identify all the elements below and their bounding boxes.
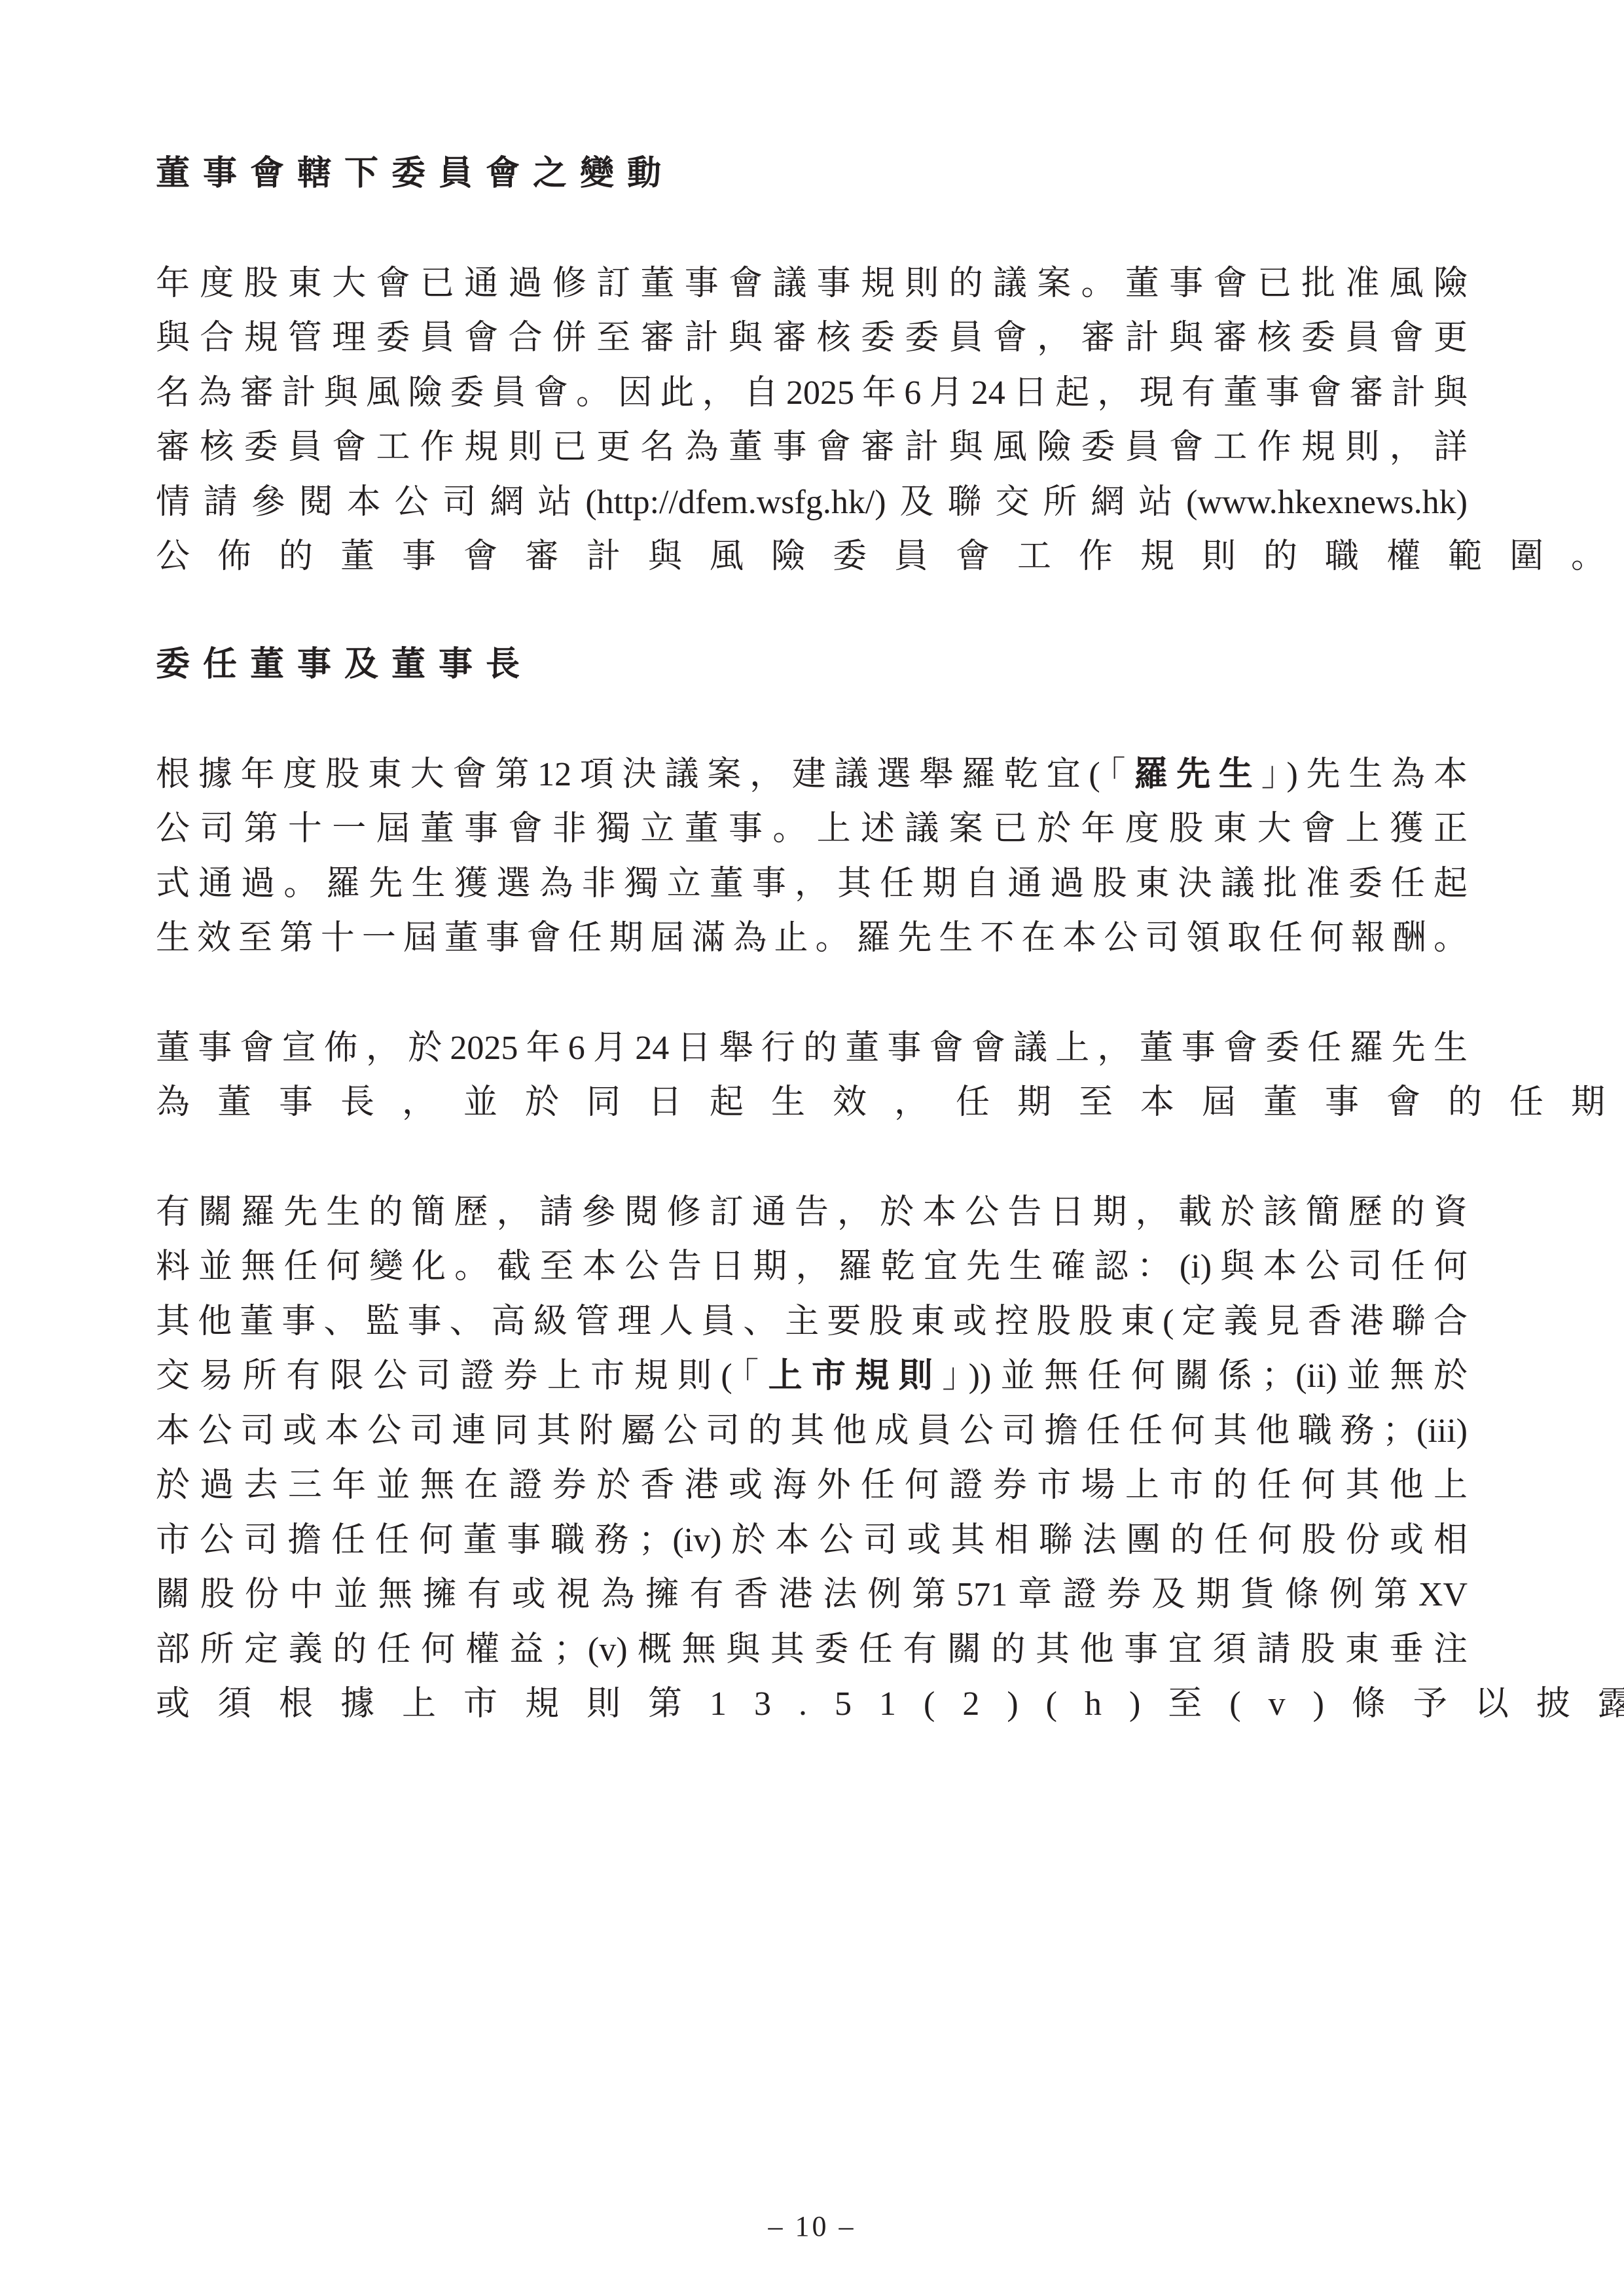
section-heading-committee-changes: 董事會轄下委員會之變動: [156, 147, 674, 202]
paragraph-line: 公司第十一屆董事會非獨立董事。上述議案已於年度股東大會上獲正: [156, 802, 1468, 857]
paragraph-line: 年度股東大會已通過修訂董事會議事規則的議案。董事會已批准風險: [156, 257, 1468, 312]
paragraph-line: 生效至第十一屆董事會任期屆滿為止。羅先生不在本公司領取任何報酬。: [156, 911, 1468, 966]
paragraph-line: 料並無任何變化。截至本公告日期，羅乾宜先生確認：(i)與本公司任何: [156, 1240, 1468, 1295]
defined-term-listing-rules: 上市規則: [768, 1357, 943, 1395]
paragraph-line: 名為審計與風險委員會。因此，自2025年6月24日起，現有董事會審計與: [156, 366, 1468, 421]
paragraph-line: 關股份中並無擁有或視為擁有香港法例第571章證券及期貨條例第XV: [156, 1568, 1468, 1623]
paragraph-line: 式通過。羅先生獲選為非獨立董事，其任期自通過股東決議批准委任起: [156, 857, 1468, 912]
paragraph-line: 本公司或本公司連同其附屬公司的其他成員公司擔任任何其他職務；(iii): [156, 1404, 1468, 1459]
paragraph-line: 市公司擔任任何董事職務；(iv)於本公司或其相聯法團的任何股份或相: [156, 1513, 1468, 1568]
paragraph-line-with-links: 情請參閱本公司網站(http://dfem.wsfg.hk/)及聯交所網站(ww…: [156, 475, 1468, 530]
section-heading-appointment: 委任董事及董事長: [156, 637, 533, 692]
paragraph-line: 交易所有限公司證券上市規則(「上市規則」))並無任何關係；(ii)並無於: [156, 1349, 1468, 1404]
paragraph-line: 部所定義的任何權益；(v)概無與其委任有關的其他事宜須請股東垂注: [156, 1623, 1468, 1677]
document-page: 董事會轄下委員會之變動 年度股東大會已通過修訂董事會議事規則的議案。董事會已批准…: [0, 0, 1624, 2296]
paragraph-line: 公佈的董事會審計與風險委員會工作規則的職權範圍。: [156, 529, 1468, 584]
paragraph-line: 為董事長，並於同日起生效，任期至本屆董事會的任期屆滿之日止。: [156, 1075, 1468, 1130]
paragraph-line: 審核委員會工作規則已更名為董事會審計與風險委員會工作規則，詳: [156, 420, 1468, 475]
text-segment: 交易所有限公司證券上市規則(「: [156, 1357, 768, 1395]
paragraph-line: 於過去三年並無在證券於香港或海外任何證券市場上市的任何其他上: [156, 1458, 1468, 1513]
text-segment: 」))並無任何關係；(ii)並無於: [942, 1357, 1468, 1395]
paragraph-line: 或須根據上市規則第13.51(2)(h)至(v)條予以披露。: [156, 1677, 1468, 1732]
page-number: – 10 –: [0, 2207, 1624, 2246]
defined-term-mr-luo: 羅先生: [1134, 756, 1261, 793]
paragraph-line: 有關羅先生的簡歷，請參閱修訂通告，於本公告日期，載於該簡歷的資: [156, 1185, 1468, 1240]
text-segment: 」)先生為本: [1261, 756, 1468, 793]
paragraph-line: 其他董事、監事、高級管理人員、主要股東或控股股東(定義見香港聯合: [156, 1295, 1468, 1350]
paragraph-line: 與合規管理委員會合併至審計與審核委委員會，審計與審核委員會更: [156, 311, 1468, 366]
text-segment: 根據年度股東大會第12項決議案，建議選舉羅乾宜(「: [156, 756, 1134, 793]
paragraph-line: 根據年度股東大會第12項決議案，建議選舉羅乾宜(「羅先生」)先生為本: [156, 747, 1468, 802]
paragraph-line: 董事會宣佈，於2025年6月24日舉行的董事會會議上，董事會委任羅先生: [156, 1021, 1468, 1076]
